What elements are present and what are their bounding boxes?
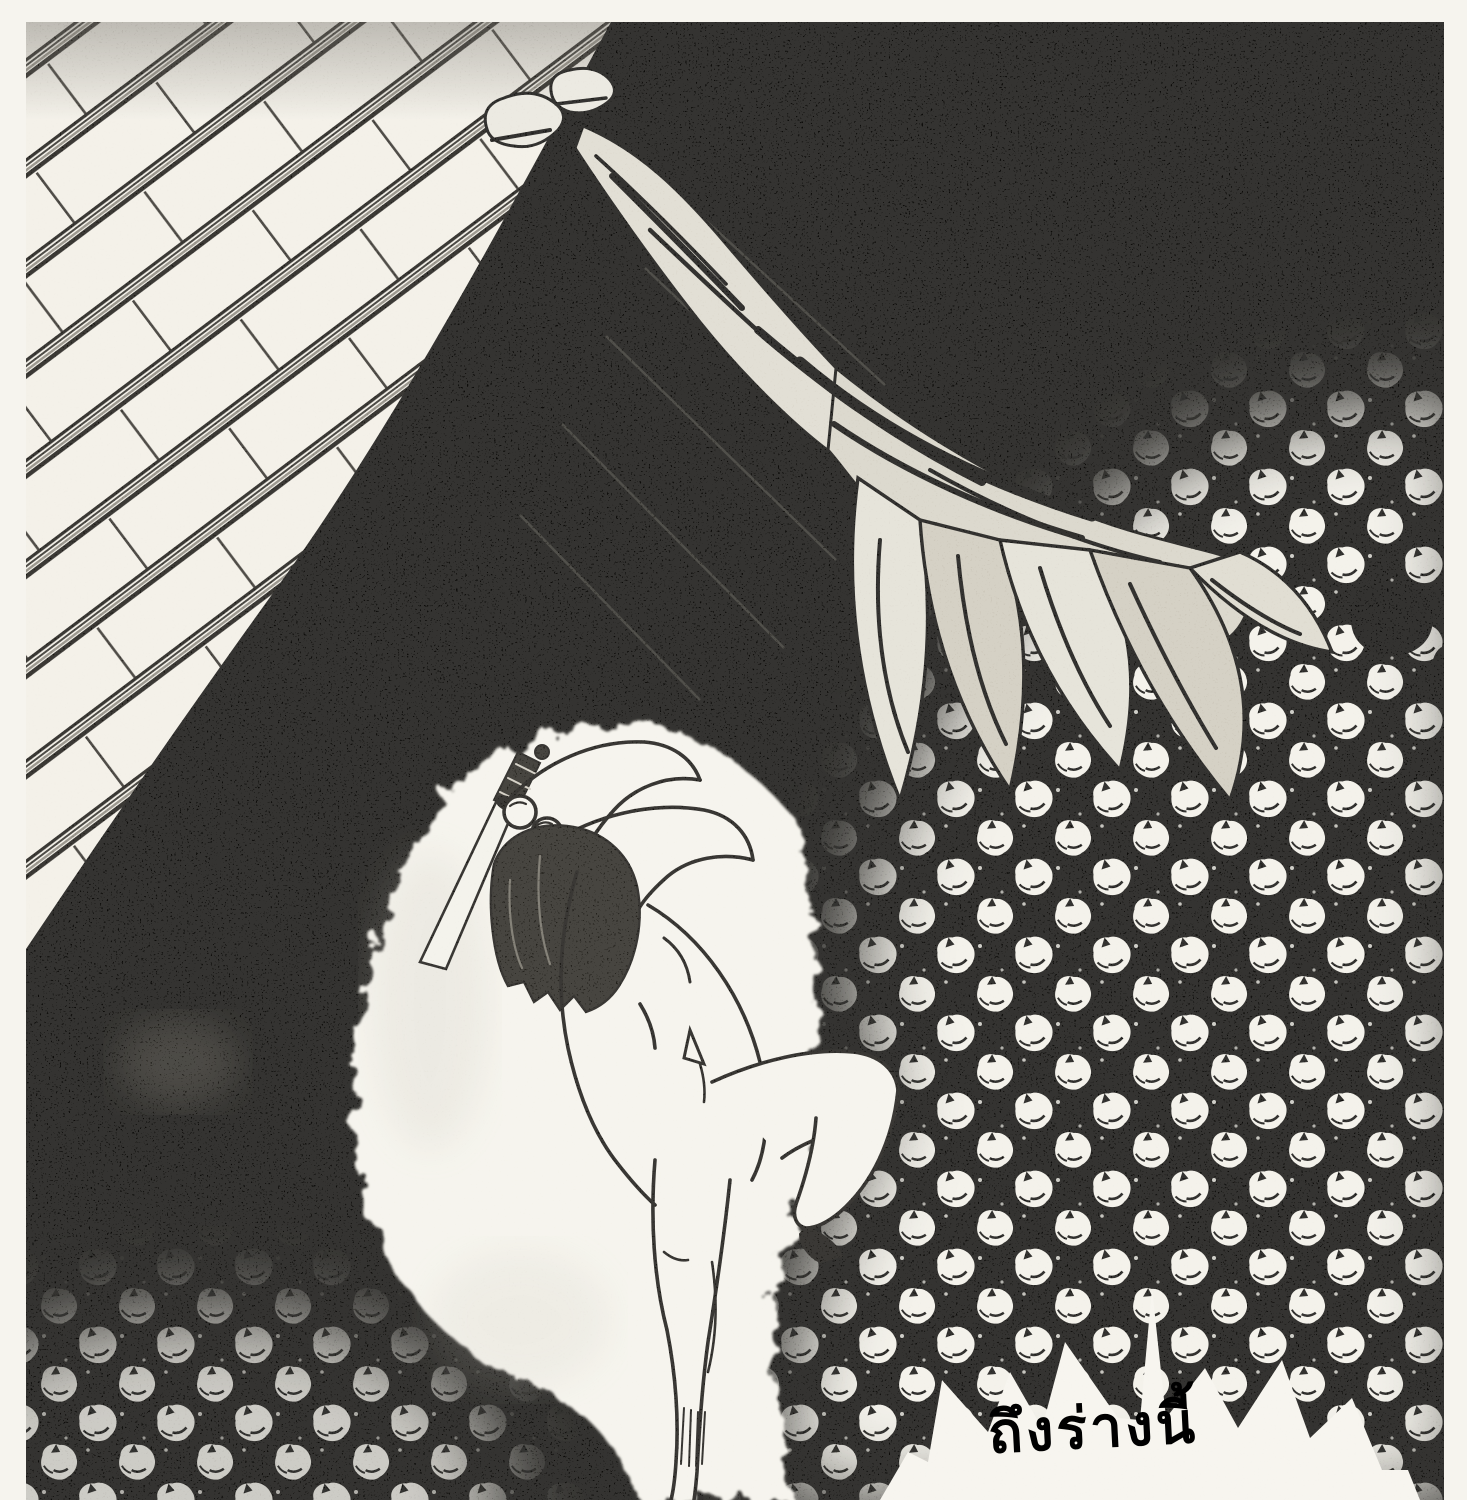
manga-panel: ถึงร่างนี้	[0, 0, 1467, 1500]
film-grain	[0, 0, 1467, 1500]
panel-artwork	[0, 0, 1467, 1500]
